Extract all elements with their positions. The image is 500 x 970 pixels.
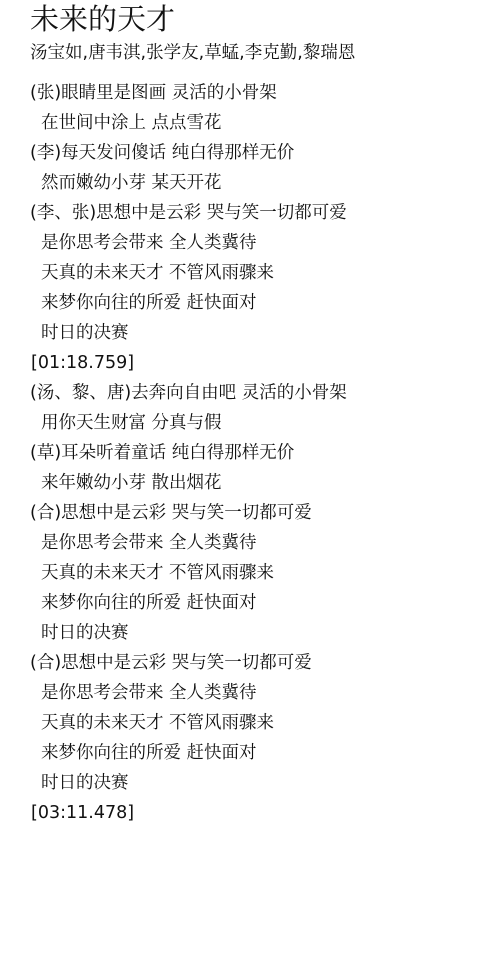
lyric-line: 天真的未来天才 不管风雨骤来 — [30, 258, 500, 288]
lyric-line: 是你思考会带来 全人类冀待 — [30, 528, 500, 558]
lyric-timestamp: [01:18.759] — [30, 348, 500, 378]
lyric-line: 时日的决赛 — [30, 768, 500, 798]
lyric-line: 时日的决赛 — [30, 318, 500, 348]
lyric-line: 用你天生财富 分真与假 — [30, 408, 500, 438]
lyric-line: 是你思考会带来 全人类冀待 — [30, 678, 500, 708]
artist-list: 汤宝如,唐韦淇,张学友,草蜢,李克勤,黎瑞恩 — [30, 38, 500, 68]
song-title: 未来的天才 — [30, 0, 500, 38]
lyric-line: 然而嫩幼小芽 某天开花 — [30, 168, 500, 198]
lyric-line: 天真的未来天才 不管风雨骤来 — [30, 708, 500, 738]
lyric-line: (合)思想中是云彩 哭与笑一切都可爱 — [30, 498, 500, 528]
lyric-line: 天真的未来天才 不管风雨骤来 — [30, 558, 500, 588]
lyrics-page: 未来的天才 汤宝如,唐韦淇,张学友,草蜢,李克勤,黎瑞恩 (张)眼睛里是图画 灵… — [30, 0, 500, 828]
lyric-line: (张)眼睛里是图画 灵活的小骨架 — [30, 78, 500, 108]
lyric-line: 时日的决赛 — [30, 618, 500, 648]
lyric-line: 来年嫩幼小芽 散出烟花 — [30, 468, 500, 498]
lyrics-body: (张)眼睛里是图画 灵活的小骨架 在世间中涂上 点点雪花 (李)每天发问傻话 纯… — [30, 78, 500, 828]
lyric-line: 来梦你向往的所爱 赶快面对 — [30, 288, 500, 318]
lyric-line: (李)每天发问傻话 纯白得那样无价 — [30, 138, 500, 168]
lyric-line: (合)思想中是云彩 哭与笑一切都可爱 — [30, 648, 500, 678]
lyric-line: (汤、黎、唐)去奔向自由吧 灵活的小骨架 — [30, 378, 500, 408]
lyric-line: 是你思考会带来 全人类冀待 — [30, 228, 500, 258]
lyric-timestamp: [03:11.478] — [30, 798, 500, 828]
lyric-line: 来梦你向往的所爱 赶快面对 — [30, 738, 500, 768]
lyric-line: (李、张)思想中是云彩 哭与笑一切都可爱 — [30, 198, 500, 228]
lyric-line: 在世间中涂上 点点雪花 — [30, 108, 500, 138]
lyric-line: (草)耳朵听着童话 纯白得那样无价 — [30, 438, 500, 468]
lyric-line: 来梦你向往的所爱 赶快面对 — [30, 588, 500, 618]
